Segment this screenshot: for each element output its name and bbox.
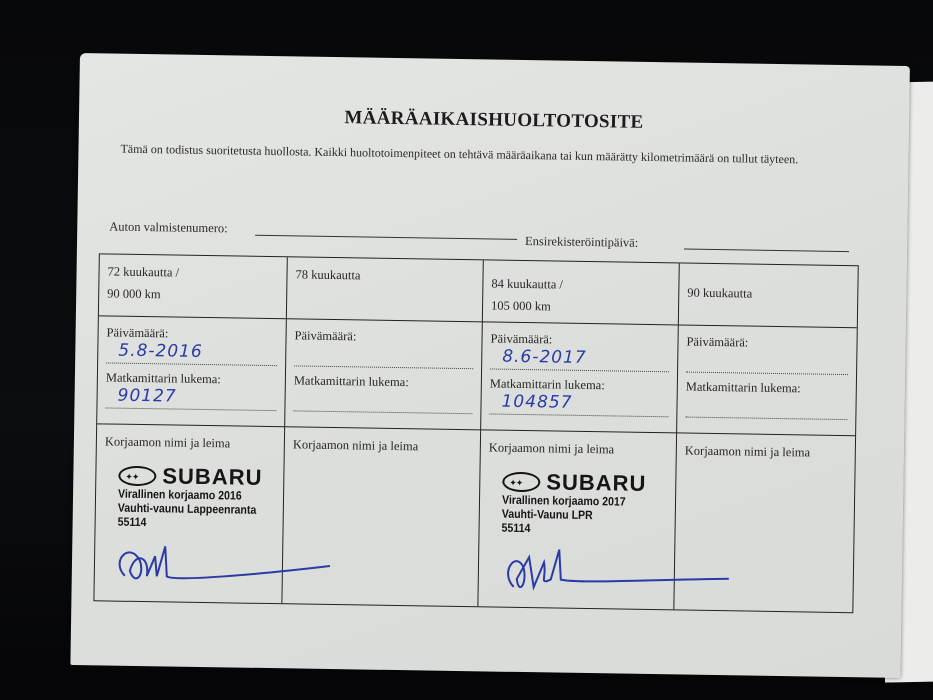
first-registration-label: Ensirekisteröintipäivä: [525, 234, 638, 251]
date-line [294, 365, 473, 369]
details-cell-78: Päivämäärä: Matkamittarin lukema: [285, 319, 483, 430]
odometer-line [293, 410, 472, 414]
interval-label: 78 kuukautta [295, 267, 360, 282]
odometer-value [293, 388, 472, 411]
date-value: 5.8-2016 [106, 340, 277, 363]
interval-label: 84 kuukautta / [491, 276, 563, 291]
date-line [686, 372, 848, 376]
details-cell-90: Päivämäärä: Matkamittarin lukema: [677, 325, 857, 436]
odometer-label: Matkamittarin lukema: [686, 379, 848, 398]
date-label: Päivämäärä: [294, 327, 473, 346]
photo-scene: MÄÄRÄAIKAISHUOLTOTOSITE Tämä on todistus… [0, 0, 933, 700]
vin-field [255, 235, 517, 240]
interval-cell-84: 84 kuukautta / 105 000 km [483, 260, 680, 325]
interval-cell-90: 90 kuukautta [679, 263, 858, 328]
vin-label: Auton valmistenumero: [109, 219, 228, 236]
workshop-label: Korjaamon nimi ja leima [489, 440, 615, 456]
first-registration-field [684, 249, 849, 253]
workshop-cell-90: Korjaamon nimi ja leima [674, 433, 855, 612]
odometer-line [489, 413, 668, 417]
odometer-label: Matkamittarin lukema: [294, 372, 473, 391]
odometer-value [685, 395, 847, 418]
workshop-cell-84: Korjaamon nimi ja leima SUBARU Viralline… [478, 430, 677, 609]
stamp-line-3: 55114 [118, 515, 257, 531]
interval-km: 105 000 km [491, 298, 551, 313]
interval-cell-78: 78 kuukautta [287, 257, 484, 322]
stamp-brand: SUBARU [546, 471, 646, 495]
workshop-label: Korjaamon nimi ja leima [685, 444, 811, 460]
date-line [490, 368, 669, 372]
service-record-page: MÄÄRÄAIKAISHUOLTOTOSITE Tämä on todistus… [70, 53, 910, 678]
subaru-logo-icon [502, 472, 540, 493]
page-title: MÄÄRÄAIKAISHUOLTOTOSITE [79, 103, 909, 138]
workshop-label: Korjaamon nimi ja leima [293, 437, 419, 453]
date-value [294, 343, 473, 366]
subaru-logo-icon [118, 466, 156, 487]
workshop-label: Korjaamon nimi ja leima [105, 434, 231, 450]
service-table: 72 kuukautta / 90 000 km 78 kuukautta 84… [93, 253, 858, 613]
odometer-value: 90127 [105, 385, 276, 408]
odometer-value: 104857 [489, 391, 668, 414]
workshop-stamp: SUBARU Virallinen korjaamo 2016 Vauhti-v… [118, 465, 276, 531]
date-line [106, 362, 277, 366]
vehicle-info-row: Auton valmistenumero: Ensirekisteröintip… [109, 219, 879, 231]
details-cell-84: Päivämäärä: 8.6-2017 Matkamittarin lukem… [481, 322, 679, 433]
date-value: 8.6-2017 [490, 346, 669, 369]
odometer-line [685, 417, 847, 421]
interval-km: 90 000 km [107, 286, 161, 301]
details-cell-72: Päivämäärä: 5.8-2016 Matkamittarin lukem… [97, 316, 287, 427]
interval-cell-72: 72 kuukautta / 90 000 km [99, 254, 288, 319]
odometer-line [105, 407, 276, 411]
workshop-cell-72: Korjaamon nimi ja leima SUBARU Viralline… [94, 424, 285, 603]
workshop-cell-78: Korjaamon nimi ja leima [282, 427, 481, 606]
workshop-stamp: SUBARU Virallinen korjaamo 2017 Vauhti-V… [501, 471, 646, 537]
stamp-brand: SUBARU [162, 465, 262, 489]
intro-text: Tämä on todistus suoritetusta huollosta.… [120, 142, 860, 169]
interval-label: 90 kuukautta [687, 286, 752, 301]
date-label: Päivämäärä: [686, 334, 848, 353]
interval-label: 72 kuukautta / [107, 264, 179, 279]
date-value [686, 350, 848, 373]
stamp-line-3: 55114 [501, 521, 628, 537]
